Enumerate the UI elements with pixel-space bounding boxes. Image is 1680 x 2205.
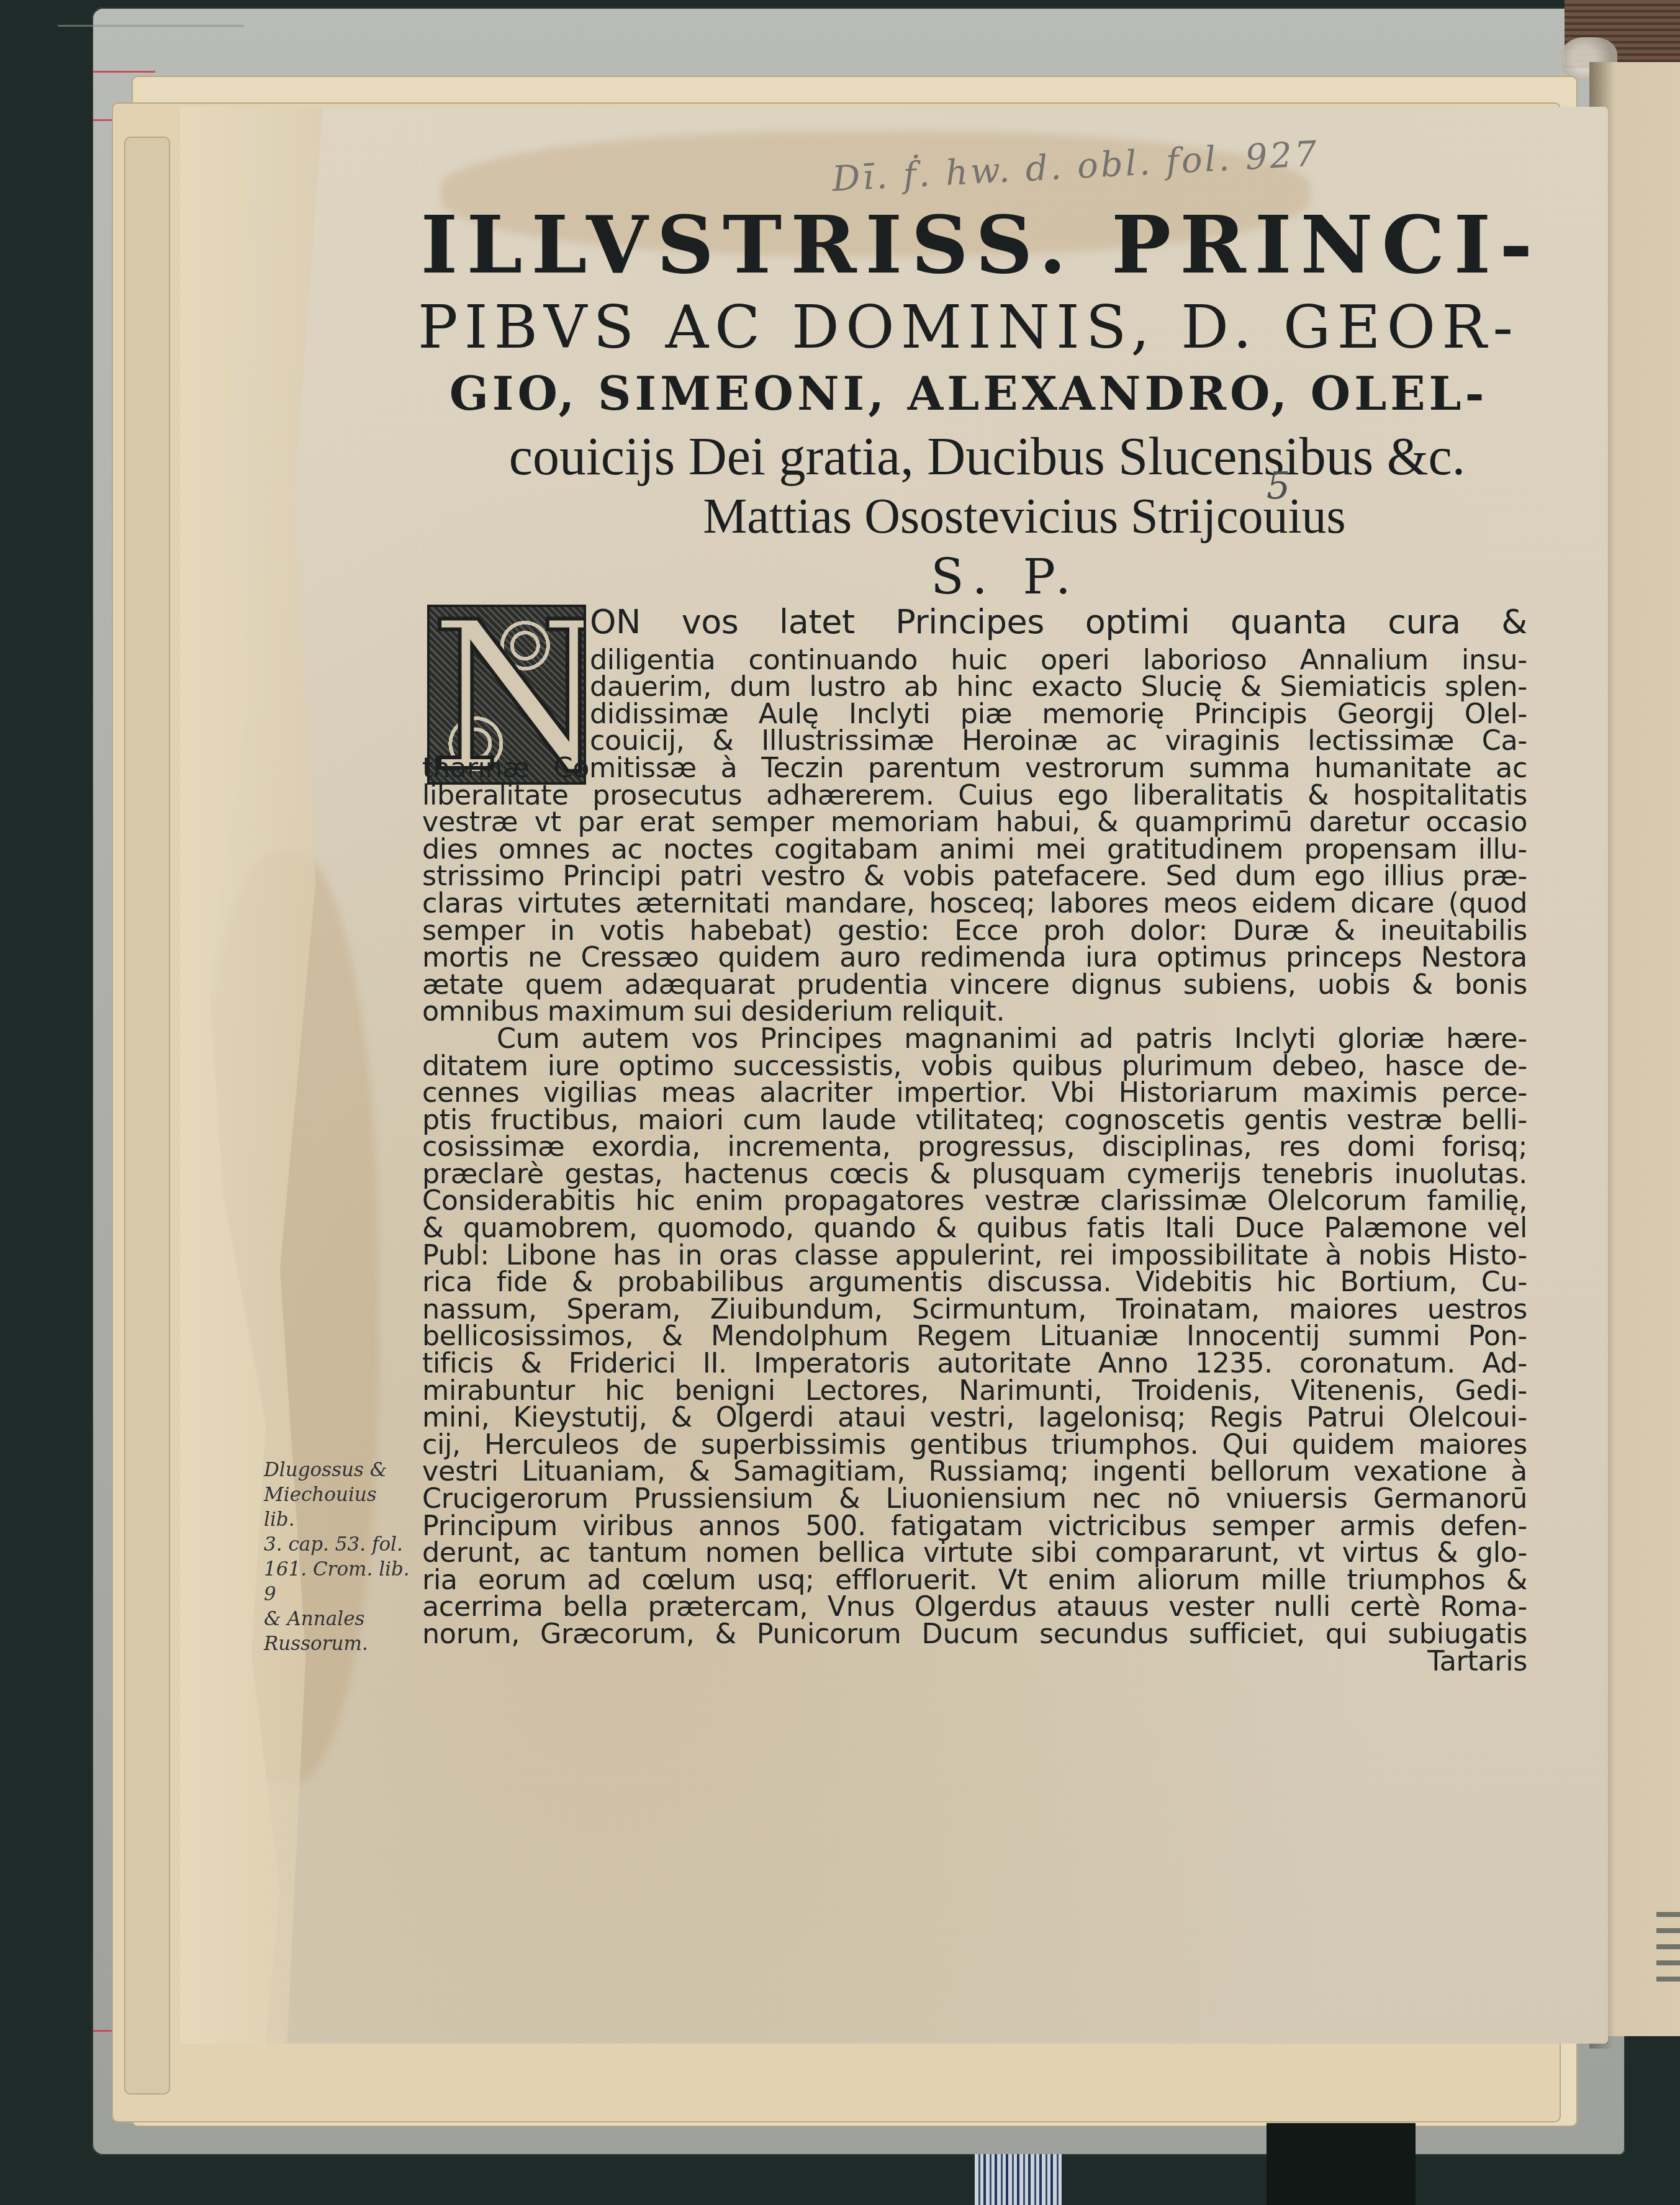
body-line: dies omnes ac noctes cogitabam animi mei… (422, 836, 1527, 864)
body-line: semper in votis habebat) gestio: Ecce pr… (422, 918, 1527, 945)
body-line: Considerabitis hic enim propagatores ves… (422, 1188, 1527, 1215)
body-line: cosissimæ exordia, incrementa, progressu… (422, 1134, 1527, 1161)
body-line: vestræ vt par erat semper memoriam habui… (422, 809, 1527, 836)
marginal-line: 161. Crom. lib. 9 (264, 1557, 413, 1607)
body-line: tharinæ Comitissæ à Teczin parentum vest… (422, 755, 1527, 782)
color-calibration-strip (975, 2154, 1062, 2205)
body-line: claras virtutes æternitati mandare, hosc… (422, 890, 1527, 918)
body-line: ætate quem adæquarat prudentia vincere d… (422, 972, 1527, 999)
body-line: & quamobrem, quomodo, quando & quibus fa… (422, 1215, 1527, 1242)
marginal-line: Miechouius lib. (264, 1482, 413, 1532)
title-line-1: ILLVSTRISS. PRINCI- (410, 199, 1552, 292)
body-line: cennes vigilias meas alacriter impertior… (422, 1080, 1527, 1107)
body-line: didissimæ Aulę Inclyti piæ memorię Princ… (590, 701, 1527, 728)
body-line: ditatem iure optimo successistis, vobis … (422, 1053, 1527, 1080)
title-line-3: GIO, SIMEONI, ALEXANDRO, OLEL- (385, 363, 1552, 425)
body-line: rica fide & probabilibus argumentis disc… (422, 1269, 1527, 1296)
body-line: vestri Lituaniam, & Samagitiam, Russiamq… (422, 1458, 1527, 1486)
body-line: liberalitate prosecutus adhærerem. Cuius… (422, 782, 1527, 809)
body-line: acerrima bella prætercam, Vnus Olgerdus … (422, 1594, 1527, 1621)
body-line: omnibus maximum sui desiderium reliquit. (422, 998, 1527, 1026)
body-line: mirabuntur hic benigni Lectores, Narimun… (422, 1378, 1527, 1405)
marginal-line: Russorum. (264, 1631, 413, 1656)
catchword: Tartaris (422, 1648, 1527, 1675)
margin-page-number: 5 (1267, 464, 1290, 508)
body-line: mortis ne Cressæo quidem auro redimenda … (422, 944, 1527, 972)
marginal-line: Dlugossus & (264, 1458, 413, 1482)
marginal-citation: Dlugossus & Miechouius lib. 3. cap. 53. … (264, 1458, 413, 1656)
marginal-line: 3. cap. 53. fol. (264, 1532, 413, 1557)
red-thread-upper (93, 119, 112, 121)
body-line: ria eorum ad cœlum usq; effloruerit. Vt … (422, 1567, 1527, 1594)
dedication-title: ILLVSTRISS. PRINCI- PIBVS AC DOMINIS, D.… (385, 199, 1552, 608)
marginal-line: & Annales (264, 1607, 413, 1631)
underlying-sheet-3 (124, 137, 170, 2095)
body-line: nassum, Speram, Ziuibundum, Scirmuntum, … (422, 1296, 1527, 1323)
body-line: mini, Kieystutij, & Olgerdi ataui vestri… (422, 1404, 1527, 1432)
body-line: ptis fructibus, maiori cum laude vtilita… (422, 1107, 1527, 1134)
salutation-sp: S. P. (459, 546, 1552, 608)
body-line: Cum autem vos Principes magnanimi ad pat… (422, 1026, 1527, 1053)
body-line: bellicosissimos, & Mendolphum Regem Litu… (422, 1323, 1527, 1350)
dedication-body: ON vos latet Principes optimi quanta cur… (422, 608, 1527, 1675)
body-line: tificis & Friderici II. Imperatoris auto… (422, 1350, 1527, 1378)
title-line-2: PIBVS AC DOMINIS, D. GEOR- (385, 292, 1552, 363)
red-thread-top (93, 71, 155, 73)
body-line: couicij, & Illustrissimæ Heroinæ ac vira… (590, 728, 1527, 755)
body-line: præclarè gestas, hactenus cœcis & plusqu… (422, 1161, 1527, 1188)
body-line: Principum viribus annos 500. fatigatam v… (422, 1513, 1527, 1540)
body-line: cij, Herculeos de superbissimis gentibus… (422, 1432, 1527, 1459)
next-page-text-fragment (1656, 1912, 1680, 1986)
body-line: Publ: Libone has in oras classe appuleri… (422, 1242, 1527, 1269)
author-line: Mattias Osostevicius Strijcouius (497, 487, 1552, 546)
book-cradle-stand (1267, 2123, 1416, 2205)
body-line: dauerim, dum lustro ab hinc exacto Sluci… (590, 674, 1527, 701)
body-line: derunt, ac tantum nomen bellica virtute … (422, 1540, 1527, 1567)
body-line: diligentia continuando huic operi labori… (590, 647, 1527, 674)
body-line: Crucigerorum Prussiensium & Liuoniensium… (422, 1486, 1527, 1513)
body-line: norum, Græcorum, & Punicorum Ducum secun… (422, 1621, 1527, 1648)
title-line-4: couicijs Dei gratia, Ducibus Slucensibus… (422, 425, 1552, 487)
body-line: strissimo Principi patri vestro & vobis … (422, 863, 1527, 890)
body-line: ON vos latet Principes optimi quanta cur… (590, 608, 1527, 636)
